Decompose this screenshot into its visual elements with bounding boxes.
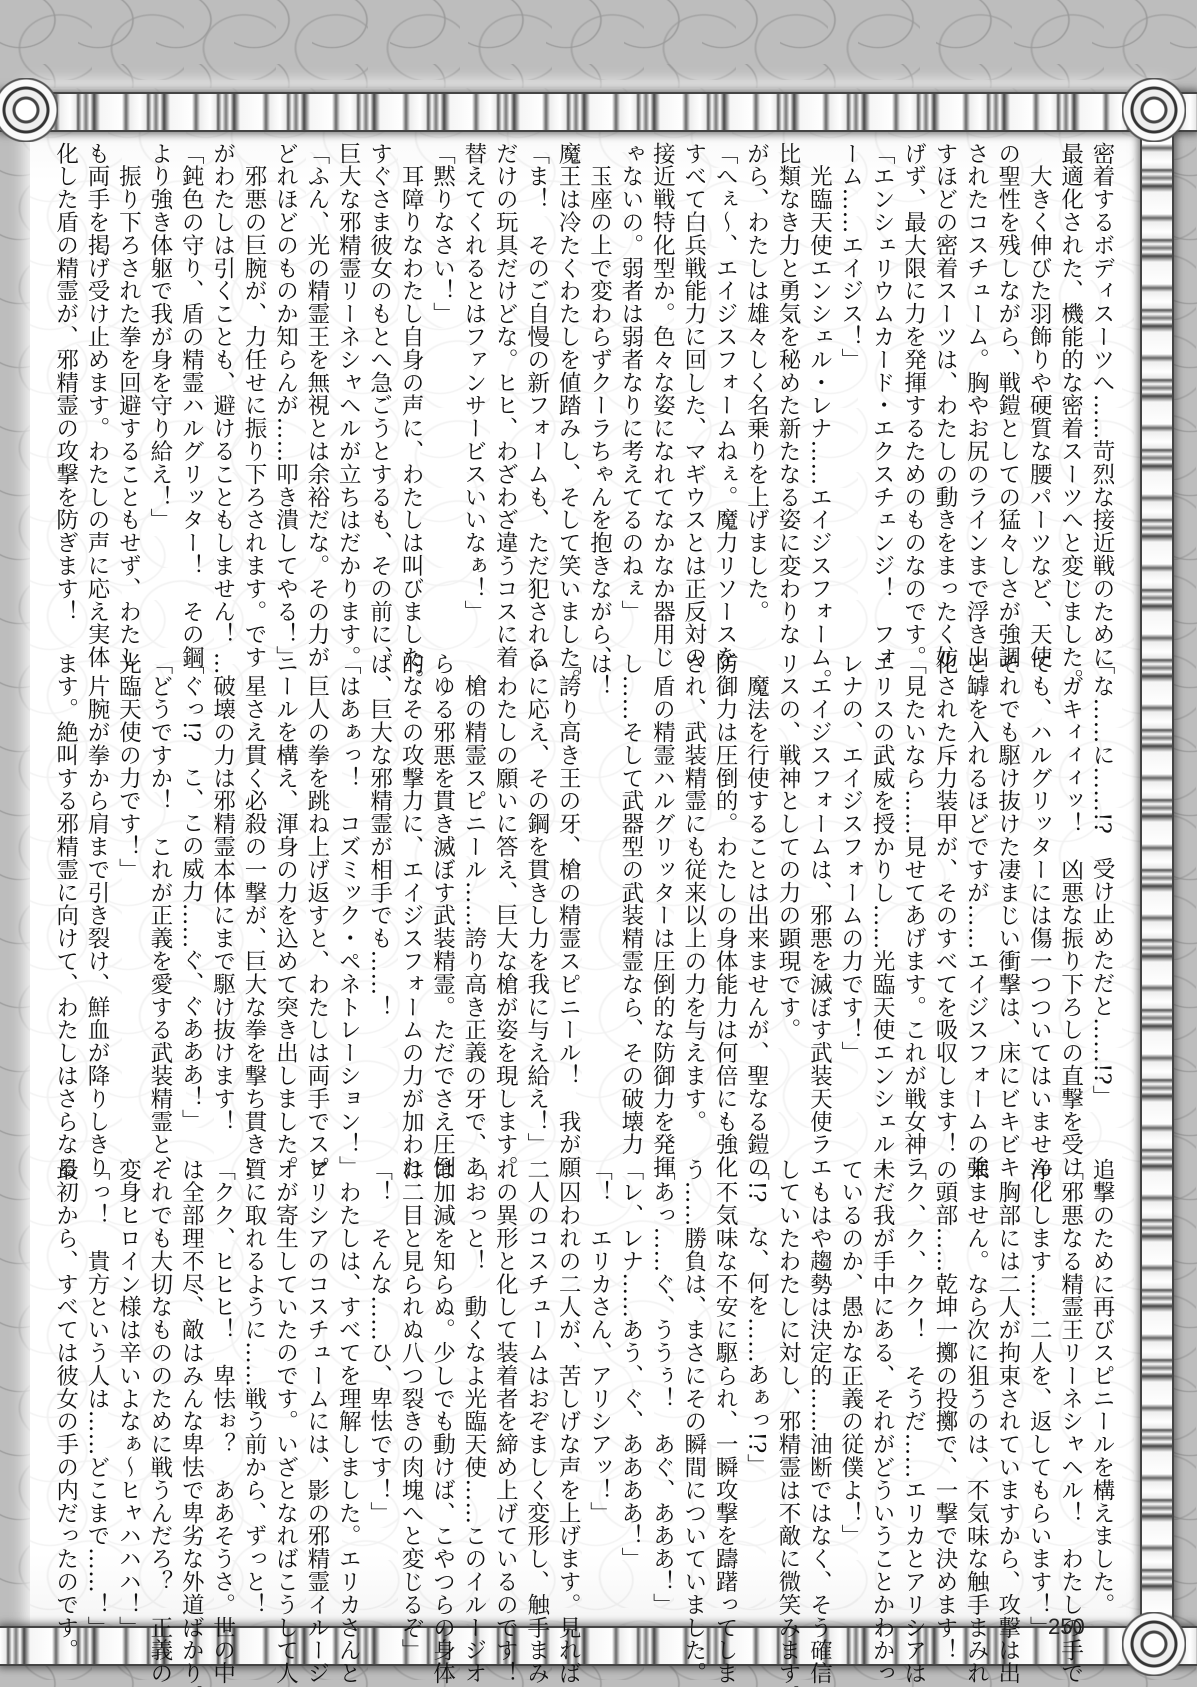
ornamental-border-top	[0, 92, 1197, 132]
text-column: がわたしは引くことも、避けることもしません！	[206, 142, 237, 590]
text-column: 密着するボディスーツへ……苛烈な接近戦のために	[1086, 142, 1117, 590]
text-column: の聖性を残しながら、戦鎧としての猛々しさが強調	[991, 142, 1022, 590]
text-column: 浄化します……二人を、返してもらいます！」	[1023, 1158, 1054, 1606]
text-column: れの異形と化して装着者を締め上げているのです！	[489, 1158, 520, 1606]
text-column: 「どうですか！ これが正義を愛する武装精霊と、	[143, 652, 174, 1100]
text-column: 「見たいなら……見せてあげます。これが戦女神ラ	[897, 652, 928, 1100]
text-column: エリスの武威を授かりし……光臨天使エンシェル・	[866, 652, 897, 1100]
text-column: 「クク、ヒヒヒ！ 卑怯ぉ？ ああそうさ。世の中	[206, 1158, 237, 1606]
text-column: 化した盾の精霊が、邪精霊の攻撃を防ぎます！	[49, 142, 80, 590]
text-column: がら、わたしは雄々しく名乗りを上げました。	[740, 142, 771, 590]
text-column: すぐさま彼女のもとへ急ごうとするも、その前に、	[363, 142, 394, 590]
text-column: は二目と見られぬ八つ裂きの肉塊へと変じるぞ」	[395, 1158, 426, 1606]
text-column: 「ふん、光の精霊王を無視とは余裕だな。その力が	[300, 142, 331, 590]
text-column: 邪悪の巨腕が、力任せに振り下ろされます。です	[238, 142, 269, 590]
text-column: の頭部……乾坤一擲の投擲で、一撃で決めます！	[929, 1158, 960, 1606]
text-column: 魔法を行使することは出来ませんが、聖なる鎧の	[740, 652, 771, 1100]
text-column: 接近戦特化型か。色々な姿になれてなかなか器用じ	[646, 142, 677, 590]
text-column: 光臨天使の力です！」	[112, 652, 143, 1100]
text-column: すべて白兵戦能力に回した、マギウスとは正反対の	[677, 142, 708, 590]
ornamental-border-right	[1140, 92, 1174, 1662]
text-column: 星さえ貫く必殺の一撃が、巨大な拳を撃ち貫き…	[238, 652, 269, 1100]
text-tier-bottom: 追撃のために再びスピニールを構えました。「邪悪なる精霊王リーネシャヘル！ わたし…	[49, 1158, 1117, 1606]
text-column: 質に取れるように……戦う前から、ずっと！	[238, 1158, 269, 1606]
text-column: ガキィィィッ！ 凶悪な振り下ろしの直撃を受け	[1054, 652, 1085, 1100]
text-column: どれほどのものか知らんが……叩き潰してやる！」	[269, 142, 300, 590]
text-column: 耳障りなわたし自身の声に、わたしは叫びました。	[395, 142, 426, 590]
text-column: だけの玩具だけどな。ヒヒ、わざわざ違うコスに着	[489, 142, 520, 590]
corner-ornament-icon	[0, 78, 58, 142]
text-column: 二人のコスチュームはおぞましく変形し、触手まみ	[520, 1158, 551, 1606]
text-column: 替えてくれるとはファンサービスいいなぁ！」	[457, 142, 488, 590]
text-column: していたわたしに対し、邪精霊は不敵に微笑みます。	[772, 1158, 803, 1606]
text-column: 最適化された、機能的な密着スーツへと変じました。	[1054, 142, 1085, 590]
text-column: すほどの密着スーツは、わたしの動きをまったく妨	[929, 142, 960, 590]
text-column: ても、ハルグリッターには傷一つついてはいません。	[1023, 652, 1054, 1100]
text-column: 「！ そんな……ひ、卑怯です！」	[363, 1158, 394, 1606]
text-column: されたコスチューム。胸やお尻のラインまで浮き出	[960, 142, 991, 590]
text-column: 変身ヒロイン様は辛いよなぁ～ヒャハハハ！」	[112, 1158, 143, 1606]
text-column: 盾の精霊ハルグリッターは圧倒的な防御力を発揮	[646, 652, 677, 1100]
text-column: 比類なき力と勇気を秘めた新たなる姿に変わりな	[772, 142, 803, 590]
text-column: 光臨天使エンシェル・レナ……エイジスフォーム。	[803, 142, 834, 590]
text-column: も両手を掲げ受け止めます。わたしの声に応え実体	[81, 142, 112, 590]
text-column: 「誇り高き王の牙、槍の精霊スピニール！ 我が願	[552, 652, 583, 1100]
text-column: 巨大な邪精霊リーネシャヘルが立ちはだかります。	[332, 142, 363, 590]
text-column: 「邪悪なる精霊王リーネシャヘル！ わたしの手で	[1054, 1158, 1085, 1606]
text-column: ているのか、愚かな正義の従僕よ！」	[834, 1158, 865, 1606]
text-tier-top: 密着するボディスーツへ……苛烈な接近戦のために最適化された、機能的な密着スーツへ…	[49, 142, 1117, 590]
text-column: それでも駆け抜けた凄まじい衝撃は、床にビキビキ	[991, 652, 1022, 1100]
text-column: ゃないの。弱者は弱者なりに考えてるのねぇ」	[615, 142, 646, 590]
text-column: もはや趨勢は決定的……油断ではなく、そう確信	[803, 1158, 834, 1606]
text-column: ニールを構え、渾身の力を込めて突き出しました。	[269, 652, 300, 1100]
text-column: オが寄生していたのです。いざとなればこうして人	[269, 1158, 300, 1606]
text-column: それでも大切なもののために戦うんだろ？ 正義の	[143, 1158, 174, 1606]
text-column: 「ぐっ!? こ、この威力……ぐ、ぐあああ！」	[175, 652, 206, 1100]
text-column: し……そして武器型の武装精霊なら、その破壊力	[615, 652, 646, 1100]
text-column: 「ク、ク、クク！ そうだ……エリカとアリシアは	[897, 1158, 928, 1606]
text-column: リスの、戦神としての力の顕現です。	[772, 652, 803, 1100]
text-tier-middle: 「な……に……!? 受け止めただと……!?」 ガキィィィッ！ 凶悪な振り下ろしの…	[49, 652, 1117, 1100]
text-column: 魔王は冷たくわたしを値踏みし、そして笑いました。	[552, 142, 583, 590]
text-column: 「鈍色の守り、盾の精霊ハルグリッター！ その鋼	[175, 142, 206, 590]
text-column: は全部理不尽、敵はみんな卑怯で卑劣な外道ばかり。	[175, 1158, 206, 1606]
text-column: らゆる邪悪を貫き滅ぼす武装精霊。ただでさえ圧倒	[426, 652, 457, 1100]
page-number: 250	[1048, 1614, 1085, 1640]
corner-ornament-icon	[1122, 1612, 1186, 1676]
text-column: 囚われの二人が、苦しげな声を上げます。見れば	[552, 1158, 583, 1606]
text-column: と罅を入れるほどですが……エイジスフォームの強	[960, 652, 991, 1100]
text-column: 片腕が拳から肩まで引き裂け、鮮血が降りしきり	[81, 652, 112, 1100]
text-column: 振り下ろされた拳を回避することもせず、わたし	[112, 142, 143, 590]
text-column: 来ません。なら次に狙うのは、不気味な触手まみれ	[960, 1158, 991, 1606]
text-column: 「レ、レナ……あう、ぐ、ああああ！」	[615, 1158, 646, 1606]
text-column: 「へぇ～、エイジスフォームねぇ。魔力リソースを	[709, 142, 740, 590]
text-column: ます。絶叫する邪精霊に向けて、わたしはさらなる	[49, 652, 80, 1100]
text-column: 槍の精霊スピニール……誇り高き正義の牙で、あ	[457, 652, 488, 1100]
text-column: 「はあぁっ！ コズミック・ペネトレーション！」	[332, 652, 363, 1100]
corner-ornament-icon	[1122, 78, 1186, 142]
text-column: …破壊の力は邪精霊本体にまで駆け抜けます！	[206, 652, 237, 1100]
text-column: わたしは、すべてを理解しました。エリカさんと	[332, 1158, 363, 1606]
text-column: う……勝負は、まさにその瞬間についていました。	[677, 1158, 708, 1606]
text-column: 巨人の拳を跳ね上げ返すと、わたしは両手でスピ	[300, 652, 331, 1100]
text-column: 不気味な不安に駆られ、一瞬攻撃を躊躇ってしま	[709, 1158, 740, 1606]
text-column: レナの、エイジスフォームの力です！」	[834, 652, 865, 1100]
text-column: エイジスフォームは、邪悪を滅ぼす武装天使ラエ	[803, 652, 834, 1100]
text-column: 的なその攻撃力に、エイジスフォームの力が加われ	[395, 652, 426, 1100]
text-column: 「!? な、何を……あぁっ!?」	[740, 1158, 771, 1606]
text-column: 大きく伸びた羽飾りや硬質な腰パーツなど、天使	[1023, 142, 1054, 590]
text-column: 防御力は圧倒的。わたしの身体能力は何倍にも強化	[709, 652, 740, 1100]
text-column: わたしの願いに答え、巨大な槍が姿を現します。	[489, 652, 520, 1100]
text-column: より強き体躯で我が身を守り給え！」	[143, 142, 174, 590]
text-column: げず、最大限に力を発揮するためのものなのです。	[897, 142, 928, 590]
text-column: 玉座の上で変わらずクーラちゃんを抱きながら、	[583, 142, 614, 590]
text-column: 「あっ……ぐ、ううぅ！ あぐ、あああ！」	[646, 1158, 677, 1606]
text-column: ーム……エイジス！」	[834, 142, 865, 590]
text-column: ば、巨大な邪精霊が相手でも……！	[363, 652, 394, 1100]
text-column: は加減を知らぬ。少しでも動けば、こやつらの身体	[426, 1158, 457, 1606]
text-column: 「な……に……!? 受け止めただと……!?」	[1086, 652, 1117, 1100]
text-column: 未だ我が手中にある、それがどういうことかわかっ	[866, 1158, 897, 1606]
text-column: され、武装精霊にも従来以上の力を与えます。	[677, 652, 708, 1100]
text-column: は！	[583, 652, 614, 1100]
text-column: 「ま！ そのご自慢の新フォームも、ただ犯される	[520, 142, 551, 590]
text-column: 化された斥力装甲が、そのすべてを吸収します！	[929, 652, 960, 1100]
text-column: 「黙りなさい！」	[426, 142, 457, 590]
text-column: いに応え、その鋼を貫きし力を我に与え給え！」	[520, 652, 551, 1100]
text-column: 追撃のために再びスピニールを構えました。	[1086, 1158, 1117, 1606]
text-column: 胸部には二人が拘束されていますから、攻撃は出	[991, 1158, 1022, 1606]
text-column: 「！ エリカさん、アリシアッ！」	[583, 1158, 614, 1606]
text-column: 「っ！ 貴方という人は……どこまで……！」	[81, 1158, 112, 1606]
text-column: 「おっと！ 動くなよ光臨天使……このイルージオ	[457, 1158, 488, 1606]
text-column: 最初から、すべては彼女の手の内だったのです。	[49, 1158, 80, 1606]
text-column: アリシアのコスチュームには、影の邪精霊イルージ	[300, 1158, 331, 1606]
text-column: 「エンシェリウムカード・エクスチェンジ！ フォ	[866, 142, 897, 590]
